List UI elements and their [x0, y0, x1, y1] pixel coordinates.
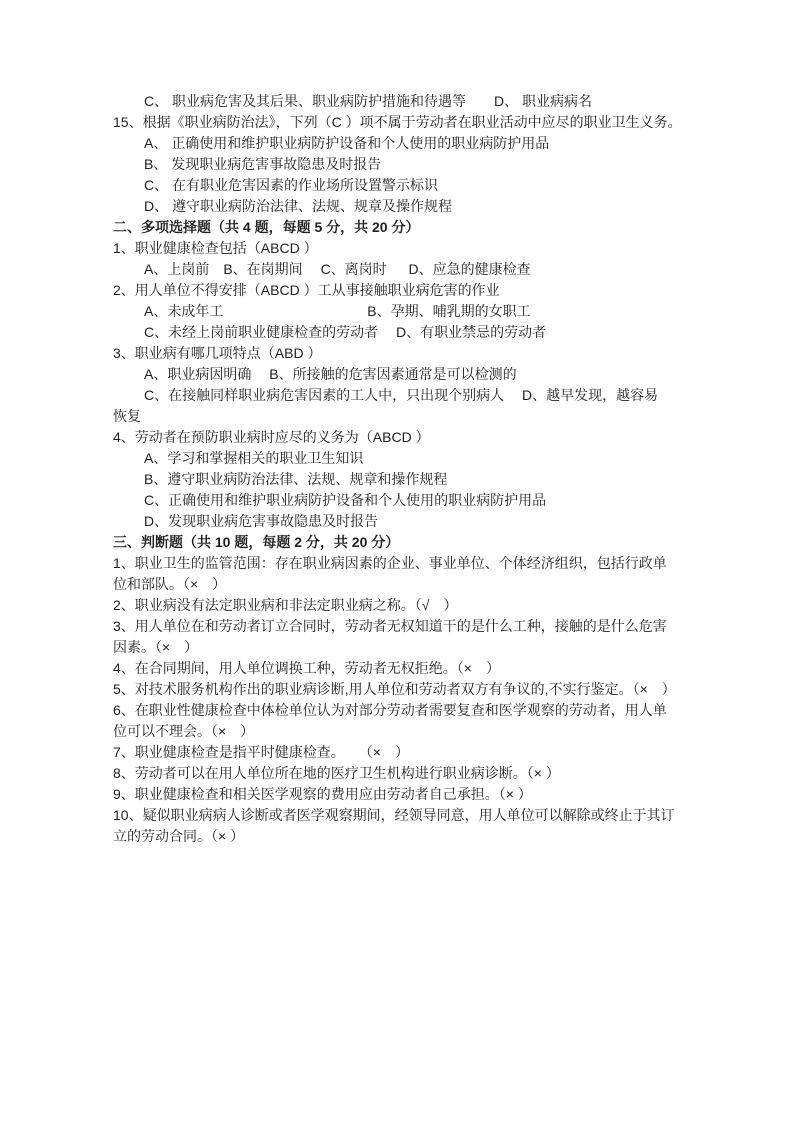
- document-line: C、 职业病危害及其后果、职业病防护措施和待遇等 D、 职业病病名: [113, 91, 713, 112]
- document-line: 3、用人单位在和劳动者订立合同时，劳动者无权知道干的是什么工种，接触的是什么危害: [113, 616, 713, 637]
- document-line: 4、劳动者在预防职业病时应尽的义务为（ABCD ）: [113, 427, 713, 448]
- document-line: D、 遵守职业病防治法律、法规、规章及操作规程: [113, 196, 713, 217]
- document-line: 恢复: [113, 406, 713, 427]
- document-line: C、未经上岗前职业健康检查的劳动者 D、有职业禁忌的劳动者: [113, 322, 713, 343]
- document-line: B、遵守职业病防治法律、法规、规章和操作规程: [113, 469, 713, 490]
- document-line: 二、多项选择题（共 4 题，每题 5 分，共 20 分）: [113, 217, 713, 238]
- document-line: 立的劳动合同。（× ）: [113, 826, 713, 847]
- document-line: B、 发现职业病危害事故隐患及时报告: [113, 154, 713, 175]
- document-line: 5、对技术服务机构作出的职业病诊断,用人单位和劳动者双方有争议的,不实行鉴定。（…: [113, 679, 713, 700]
- document-line: 2、用人单位不得安排（ABCD ）工从事接触职业病危害的作业: [113, 280, 713, 301]
- document-line: A、学习和掌握相关的职业卫生知识: [113, 448, 713, 469]
- document-line: 因素。（× ）: [113, 637, 713, 658]
- document-line: 10、疑似职业病病人诊断或者医学观察期间，经领导同意，用人单位可以解除或终止于其…: [113, 805, 713, 826]
- document-line: 位可以不理会。（× ）: [113, 721, 713, 742]
- document-line: C、在接触同样职业病危害因素的工人中，只出现个别病人 D、越早发现，越容易: [113, 385, 713, 406]
- document-line: A、职业病因明确 B、所接触的危害因素通常是可以检测的: [113, 364, 713, 385]
- document-line: 1、职业卫生的监管范围：存在职业病因素的企业、事业单位、个体经济组织，包括行政单: [113, 553, 713, 574]
- document-line: 三、判断题（共 10 题，每题 2 分，共 20 分）: [113, 532, 713, 553]
- document-line: 4、在合同期间，用人单位调换工种，劳动者无权拒绝。（× ）: [113, 658, 713, 679]
- document-line: D、发现职业病危害事故隐患及时报告: [113, 511, 713, 532]
- document-line: 6、在职业性健康检查中体检单位认为对部分劳动者需要复查和医学观察的劳动者，用人单: [113, 700, 713, 721]
- document-line: A、上岗前 B、在岗期间 C、离岗时 D、应急的健康检查: [113, 259, 713, 280]
- document-line: A、未成年工 B、孕期、哺乳期的女职工: [113, 301, 713, 322]
- document-line: 8、劳动者可以在用人单位所在地的医疗卫生机构进行职业病诊断。（× ）: [113, 763, 713, 784]
- document-line: 15、根据《职业病防治法》，下列（C ）项不属于劳动者在职业活动中应尽的职业卫生…: [113, 112, 713, 133]
- document-line: 1、职业健康检查包括（ABCD ）: [113, 238, 713, 259]
- document-line: 7、职业健康检查是指平时健康检查。 （× ）: [113, 742, 713, 763]
- document-line: A、 正确使用和维护职业病防护设备和个人使用的职业病防护用品: [113, 133, 713, 154]
- document-body: C、 职业病危害及其后果、职业病防护措施和待遇等 D、 职业病病名15、根据《职…: [113, 91, 713, 847]
- document-line: C、正确使用和维护职业病防护设备和个人使用的职业病防护用品: [113, 490, 713, 511]
- document-line: 2、职业病没有法定职业病和非法定职业病之称。（√ ）: [113, 595, 713, 616]
- document-line: 位和部队。（× ）: [113, 574, 713, 595]
- document-page: C、 职业病危害及其后果、职业病防护措施和待遇等 D、 职业病病名15、根据《职…: [0, 0, 793, 1122]
- document-line: 9、职业健康检查和相关医学观察的费用应由劳动者自己承担。（× ）: [113, 784, 713, 805]
- document-line: 3、职业病有哪几项特点（ABD ）: [113, 343, 713, 364]
- document-line: C、 在有职业危害因素的作业场所设置警示标识: [113, 175, 713, 196]
